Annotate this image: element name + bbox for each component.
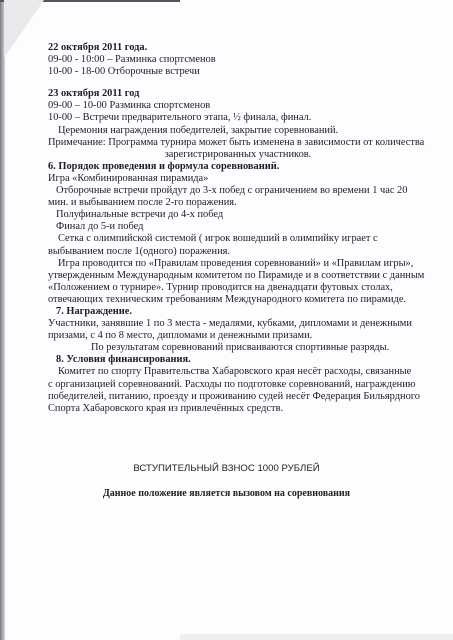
day2-heading: 23 октября 2011 год [48, 88, 428, 100]
section8-line: Комитет по спорту Правительства Хабаровс… [48, 366, 428, 378]
schedule-item: 09-00 - 10:00 – Разминка спортсменов [48, 54, 428, 66]
scan-bottom-edge [180, 634, 453, 640]
section7-line: По результатам соревнований присваиваютс… [48, 342, 428, 354]
section7-line: Участники, занявшие 1 по 3 места - медал… [48, 318, 428, 330]
entry-fee: ВСТУПИТЕЛЬНЫЙ ВЗНОС 1000 РУБЛЕЙ [0, 463, 453, 474]
final-note: Данное положение является вызовом на сор… [0, 488, 453, 499]
section6-line: Игра проводится по «Правилам проведения … [48, 258, 428, 270]
section6-line: «Положением о турнире». Турнир проводитс… [48, 282, 428, 294]
scan-folded-corner [4, 0, 44, 58]
scanned-page: 22 октября 2011 года. 09-00 - 10:00 – Ра… [0, 0, 453, 640]
section6-heading: 6. Порядок проведения и формула соревнов… [48, 161, 428, 173]
section6-line: Сетка с олимпийской системой ( игрок вош… [48, 233, 428, 245]
day1-heading: 22 октября 2011 года. [48, 42, 428, 54]
document-body: 22 октября 2011 года. 09-00 - 10:00 – Ра… [48, 42, 428, 415]
section6-line: мин. и выбыванием после 2-го поражения. [48, 197, 428, 209]
program-note-cont: зарегистрированных участников. [48, 149, 428, 161]
section6-line: утвержденным Международным комитетом по … [48, 270, 428, 282]
section6-line: отвечающих техническим требованиям Между… [48, 294, 428, 306]
section7-line: призами, с 4 по 8 место, дипломами и ден… [48, 330, 428, 342]
section7-heading: 7. Награждение. [48, 306, 428, 318]
section6-line: Отборочные встречи пройдут до 3-х побед … [48, 185, 428, 197]
section6-line: выбыванием после 1(одного) поражения. [48, 246, 428, 258]
schedule-item: 09-00 – 10-00 Разминка спортсменов [48, 100, 428, 112]
scan-left-edge [0, 0, 5, 640]
schedule-item: 10-00 - 18-00 Отборочные встречи [48, 66, 428, 78]
section8-heading: 8. Условия финансирования. [48, 354, 428, 366]
section8-line: победителей, питанию, проезду и проживан… [48, 391, 428, 403]
section8-line: Спорта Хабаровского края из привлечённых… [48, 403, 428, 415]
program-note: Примечание: Программа турнира может быть… [48, 137, 428, 149]
schedule-item: Церемония награждения победителей, закры… [48, 125, 428, 137]
section6-line: Полуфинальные встречи до 4-х побед [48, 209, 428, 221]
section8-line: с организацией соревнований. Расходы по … [48, 379, 428, 391]
section6-line: Игра «Комбинированная пирамида» [48, 173, 428, 185]
schedule-item: 10-00 – Встречи предварительного этапа, … [48, 112, 428, 124]
section6-line: Финал до 5-и побед [48, 221, 428, 233]
